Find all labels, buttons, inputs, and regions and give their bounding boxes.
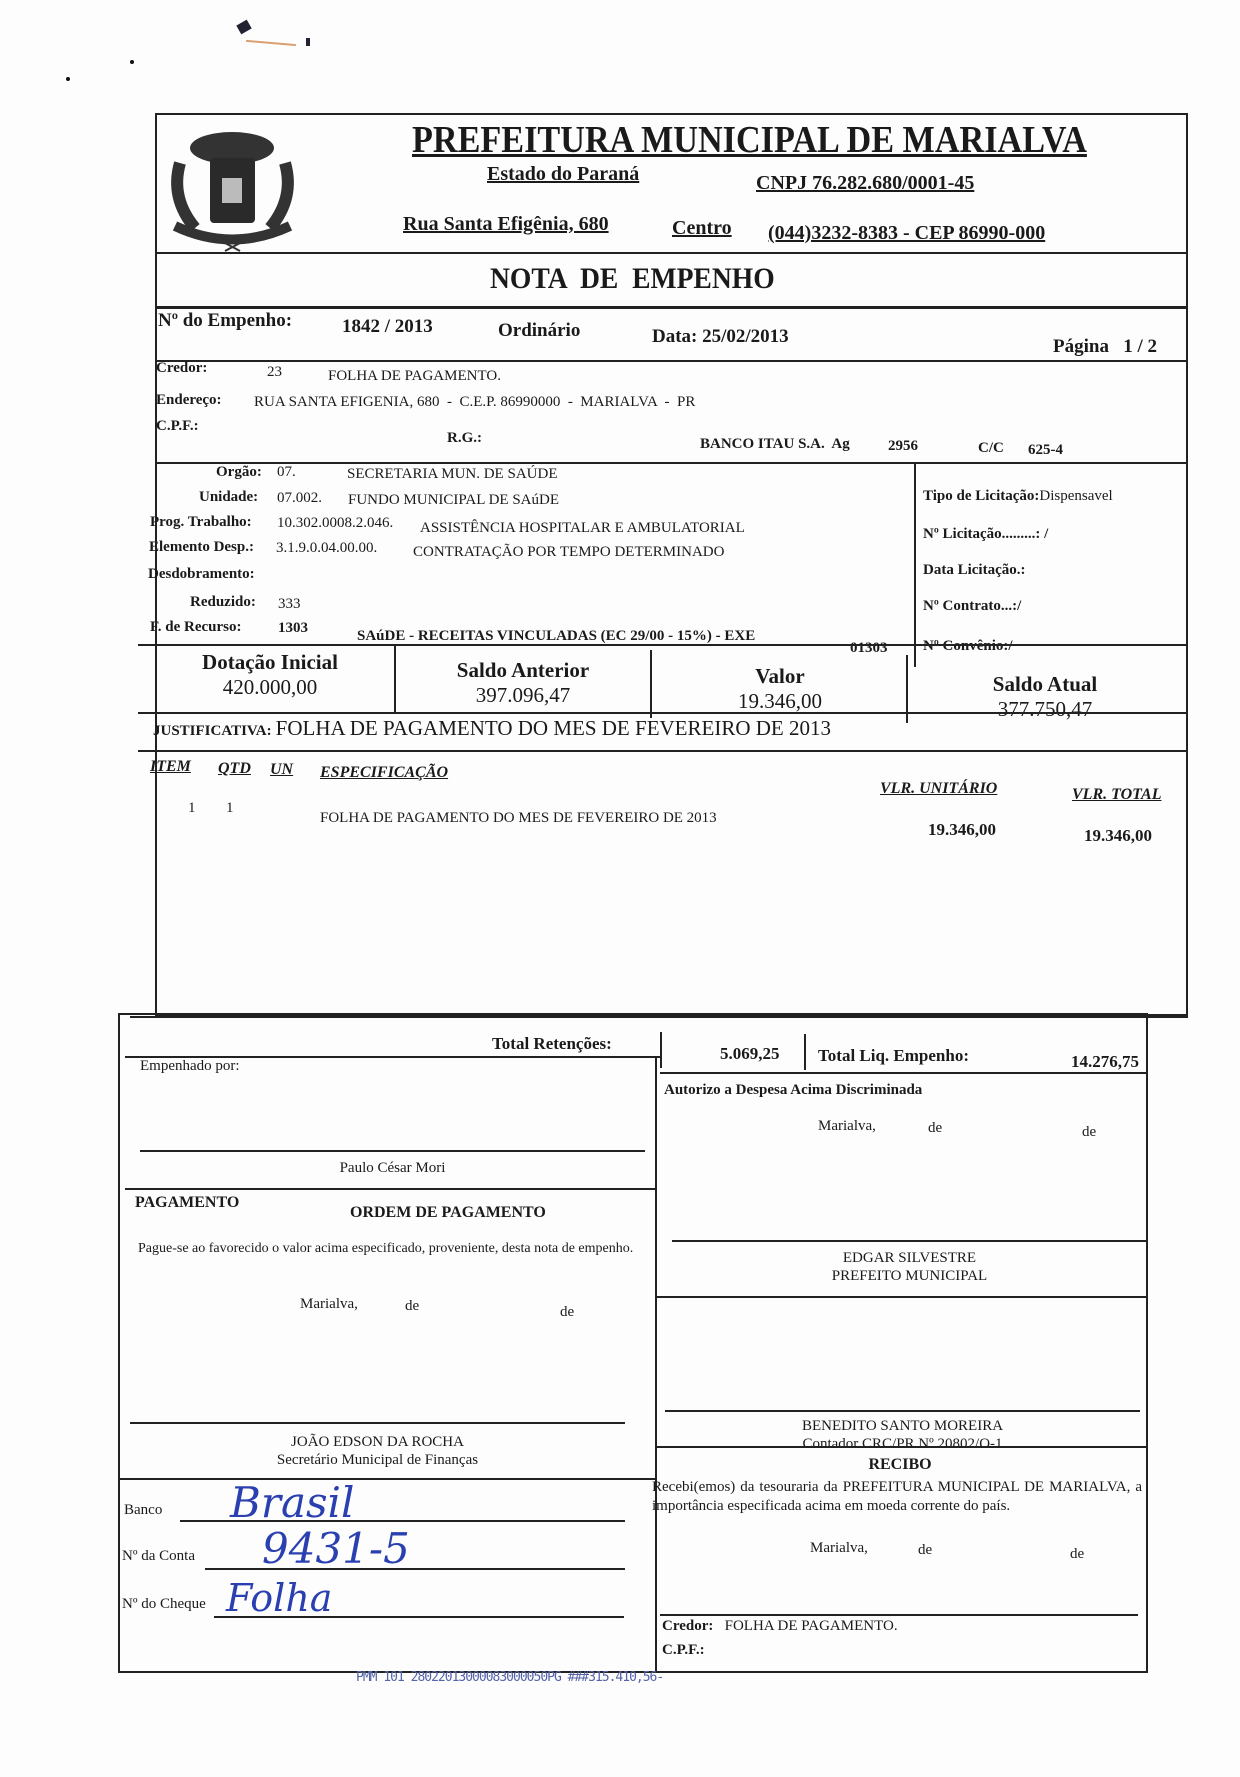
pagamento-text: Pague-se ao favorecido o valor acima esp…	[138, 1240, 638, 1257]
address-label: Endereço:	[156, 392, 222, 409]
cc-label: C/C	[978, 440, 1004, 457]
col-header-qtd: QTD	[218, 760, 251, 778]
divider	[155, 462, 1188, 464]
staple-mark	[236, 20, 251, 35]
contador-role: Contador CRC/PR Nº 20802/O-1	[665, 1436, 1140, 1453]
bank-agency: 2956	[888, 438, 918, 455]
item-unit-price: 19.346,00	[928, 820, 996, 840]
pagamento-label: PAGAMENTO	[135, 1194, 239, 1212]
recurso-label: F. de Recurso:	[150, 619, 242, 636]
signature-line	[660, 1614, 1138, 1616]
signature-line	[140, 1150, 645, 1152]
justificativa: JUSTIFICATIVA: FOLHA DE PAGAMENTO DO MES…	[153, 716, 831, 741]
municipal-crest-icon	[160, 118, 305, 253]
prefeito-role: PREFEITO MUNICIPAL	[672, 1268, 1147, 1285]
retencoes-value: 5.069,25	[720, 1044, 780, 1064]
recibo-text: Recebi(emos) da tesouraria da PREFEITURA…	[652, 1478, 1142, 1516]
recurso-code: 1303	[278, 620, 308, 637]
autorizo-place: Marialva,	[818, 1118, 876, 1135]
licitacao-date: Data Licitação.:	[923, 562, 1025, 579]
banco-handwritten[interactable]: Brasil	[230, 1478, 354, 1527]
licitacao-type-value: Dispensavel	[1039, 488, 1112, 504]
header-state: Estado do Paraná	[487, 163, 639, 186]
elemento-code: 3.1.9.0.04.00.00.	[276, 540, 377, 557]
justificativa-text: FOLHA DE PAGAMENTO DO MES DE FEVEREIRO D…	[276, 716, 831, 740]
orgao-label: Orgão:	[216, 464, 262, 481]
balance-dotacao: Dotação Inicial 420.000,00	[150, 650, 390, 700]
footer-stamp: PMM 101 28022013000083000050PG ###315.41…	[356, 1670, 663, 1685]
divider	[155, 252, 1188, 254]
balance-value: 397.096,47	[398, 683, 648, 708]
balance-label: Saldo Atual	[910, 672, 1180, 697]
cpf-label: C.P.F.:	[156, 418, 199, 435]
cc-number: 625-4	[1028, 442, 1063, 459]
credor-code: 23	[267, 364, 282, 381]
credor-label: Credor:	[156, 360, 207, 377]
column-divider	[804, 1034, 806, 1070]
header-cnpj: CNPJ 76.282.680/0001-45	[756, 172, 974, 195]
signature-line	[672, 1240, 1147, 1242]
desdobramento-label: Desdobramento:	[148, 566, 255, 583]
conta-handwritten[interactable]: 9431-5	[262, 1524, 410, 1573]
divider	[130, 1016, 1188, 1018]
divider	[657, 1296, 1147, 1298]
column-divider	[394, 644, 396, 712]
staple-mark	[306, 38, 310, 46]
empenho-number-label: Nº do Empenho:	[158, 310, 292, 332]
recibo-title: RECIBO	[655, 1456, 1145, 1474]
header-phone-cep: (044)3232-8383 - CEP 86990-000	[768, 222, 1045, 245]
document-frame-top	[155, 113, 1188, 1016]
unidade-code: 07.002.	[277, 490, 322, 507]
secretario-name: JOÃO EDSON DA ROCHA	[130, 1434, 625, 1451]
empenhado-signer: Paulo César Mori	[140, 1160, 645, 1177]
reduzido-label: Reduzido:	[190, 594, 256, 611]
item-spec: FOLHA DE PAGAMENTO DO MES DE FEVEREIRO D…	[320, 810, 717, 827]
licitacao-type: Tipo de Licitação:Dispensavel	[923, 488, 1113, 505]
balance-value: 420.000,00	[150, 675, 390, 700]
divider	[138, 750, 1188, 752]
signature-line	[665, 1410, 1140, 1412]
header-title: PREFEITURA MUNICIPAL DE MARIALVA	[412, 118, 1087, 162]
prog-code: 10.302.0008.2.046.	[277, 515, 393, 532]
item-number: 1	[188, 800, 196, 817]
liquid-label: Total Liq. Empenho:	[818, 1046, 969, 1066]
item-qtd: 1	[226, 800, 234, 817]
document-frame-bottom	[118, 1013, 1148, 1673]
unidade-label: Unidade:	[199, 489, 258, 506]
bank-name: BANCO ITAU S.A. Ag	[700, 436, 850, 453]
balance-saldo-atual: Saldo Atual 377.750,47	[910, 672, 1180, 722]
pagamento-place: Marialva,	[300, 1296, 358, 1313]
divider	[120, 1478, 655, 1480]
banco-label: Banco	[124, 1502, 162, 1519]
header-address: Rua Santa Efigênia, 680	[403, 213, 609, 236]
balance-label: Dotação Inicial	[150, 650, 390, 675]
recibo-cpf-label: C.P.F.:	[662, 1642, 705, 1659]
header-district: Centro	[672, 217, 732, 240]
unidade-name: FUNDO MUNICIPAL DE SAúDE	[348, 492, 559, 509]
divider	[660, 1072, 1148, 1074]
divider	[125, 1188, 655, 1190]
col-header-total: VLR. TOTAL	[1072, 786, 1162, 804]
convenio-number: Nº Convênio:/	[923, 638, 1013, 655]
col-header-item: ITEM	[150, 758, 191, 776]
recibo-credor-name: FOLHA DE PAGAMENTO.	[725, 1618, 898, 1634]
divider	[155, 360, 1188, 362]
divider	[655, 1446, 1147, 1448]
document-title: NOTA DE EMPENHO	[490, 262, 775, 296]
prog-label: Prog. Trabalho:	[150, 514, 252, 531]
column-divider	[660, 1032, 662, 1068]
pagamento-de2: de	[560, 1304, 574, 1321]
justificativa-label: JUSTIFICATIVA:	[153, 723, 272, 739]
column-divider	[914, 462, 916, 667]
divider	[138, 712, 1188, 714]
empenho-number: 1842 / 2013	[342, 316, 433, 338]
credor-name: FOLHA DE PAGAMENTO.	[328, 368, 501, 385]
elemento-label: Elemento Desp.:	[149, 539, 254, 556]
empenho-type: Ordinário	[498, 320, 580, 342]
balance-value: 377.750,47	[910, 697, 1180, 722]
cheque-handwritten[interactable]: Folha	[226, 1576, 332, 1620]
column-divider	[655, 1058, 657, 1672]
signature-line	[130, 1422, 625, 1424]
contador-name: BENEDITO SANTO MOREIRA	[665, 1418, 1140, 1435]
balance-label: Valor	[655, 664, 905, 689]
liquid-value: 14.276,75	[1071, 1052, 1139, 1072]
balance-value: 19.346,00	[655, 689, 905, 714]
col-header-unit-price: VLR. UNITÁRIO	[880, 780, 997, 798]
item-total: 19.346,00	[1084, 826, 1152, 846]
cheque-label: Nº do Cheque	[122, 1596, 206, 1613]
prog-name: ASSISTÊNCIA HOSPITALAR E AMBULATORIAL	[420, 520, 745, 537]
recurso-number: 01303	[850, 640, 888, 657]
recibo-credor: Credor: FOLHA DE PAGAMENTO.	[662, 1618, 898, 1635]
recurso-name: SAúDE - RECEITAS VINCULADAS (EC 29/00 - …	[357, 628, 755, 645]
reduzido-value: 333	[278, 596, 301, 613]
scan-speck	[130, 60, 134, 64]
divider	[155, 306, 1188, 309]
pagamento-de1: de	[405, 1298, 419, 1315]
orgao-name: SECRETARIA MUN. DE SAÚDE	[347, 466, 557, 483]
autorizo-de2: de	[1082, 1124, 1096, 1141]
contrato-number: Nº Contrato...:/	[923, 598, 1021, 615]
scan-speck	[66, 77, 70, 81]
secretario-role: Secretário Municipal de Finanças	[130, 1452, 625, 1469]
orgao-code: 07.	[277, 464, 296, 481]
autorizo-label: Autorizo a Despesa Acima Discriminada	[664, 1082, 922, 1099]
recibo-de2: de	[1070, 1546, 1084, 1563]
balance-label: Saldo Anterior	[398, 658, 648, 683]
licitacao-type-label: Tipo de Licitação:	[923, 488, 1039, 504]
empenhado-label: Empenhado por:	[140, 1058, 240, 1075]
elemento-name: CONTRATAÇÃO POR TEMPO DETERMINADO	[413, 544, 724, 561]
col-header-spec: ESPECIFICAÇÃO	[320, 764, 448, 782]
retencoes-label: Total Retenções:	[492, 1034, 612, 1054]
column-divider	[650, 650, 652, 718]
recibo-credor-label: Credor:	[662, 1618, 713, 1634]
rg-label: R.G.:	[447, 430, 482, 447]
col-header-un: UN	[270, 761, 293, 779]
recibo-place: Marialva,	[810, 1540, 868, 1557]
empenho-date: Data: 25/02/2013	[652, 326, 789, 348]
licitacao-number: Nº Licitação.........: /	[923, 526, 1048, 543]
balance-saldo-anterior: Saldo Anterior 397.096,47	[398, 658, 648, 708]
recibo-de1: de	[918, 1542, 932, 1559]
balance-valor: Valor 19.346,00	[655, 664, 905, 714]
conta-label: Nº da Conta	[122, 1548, 195, 1565]
ordem-pagamento-label: ORDEM DE PAGAMENTO	[350, 1204, 546, 1222]
prefeito-name: EDGAR SILVESTRE	[672, 1250, 1147, 1267]
autorizo-de1: de	[928, 1120, 942, 1137]
page-number: Página 1 / 2	[1053, 336, 1157, 358]
staple-mark	[246, 40, 296, 46]
divider	[138, 644, 1188, 646]
credor-address: RUA SANTA EFIGENIA, 680 - C.E.P. 8699000…	[254, 394, 695, 411]
